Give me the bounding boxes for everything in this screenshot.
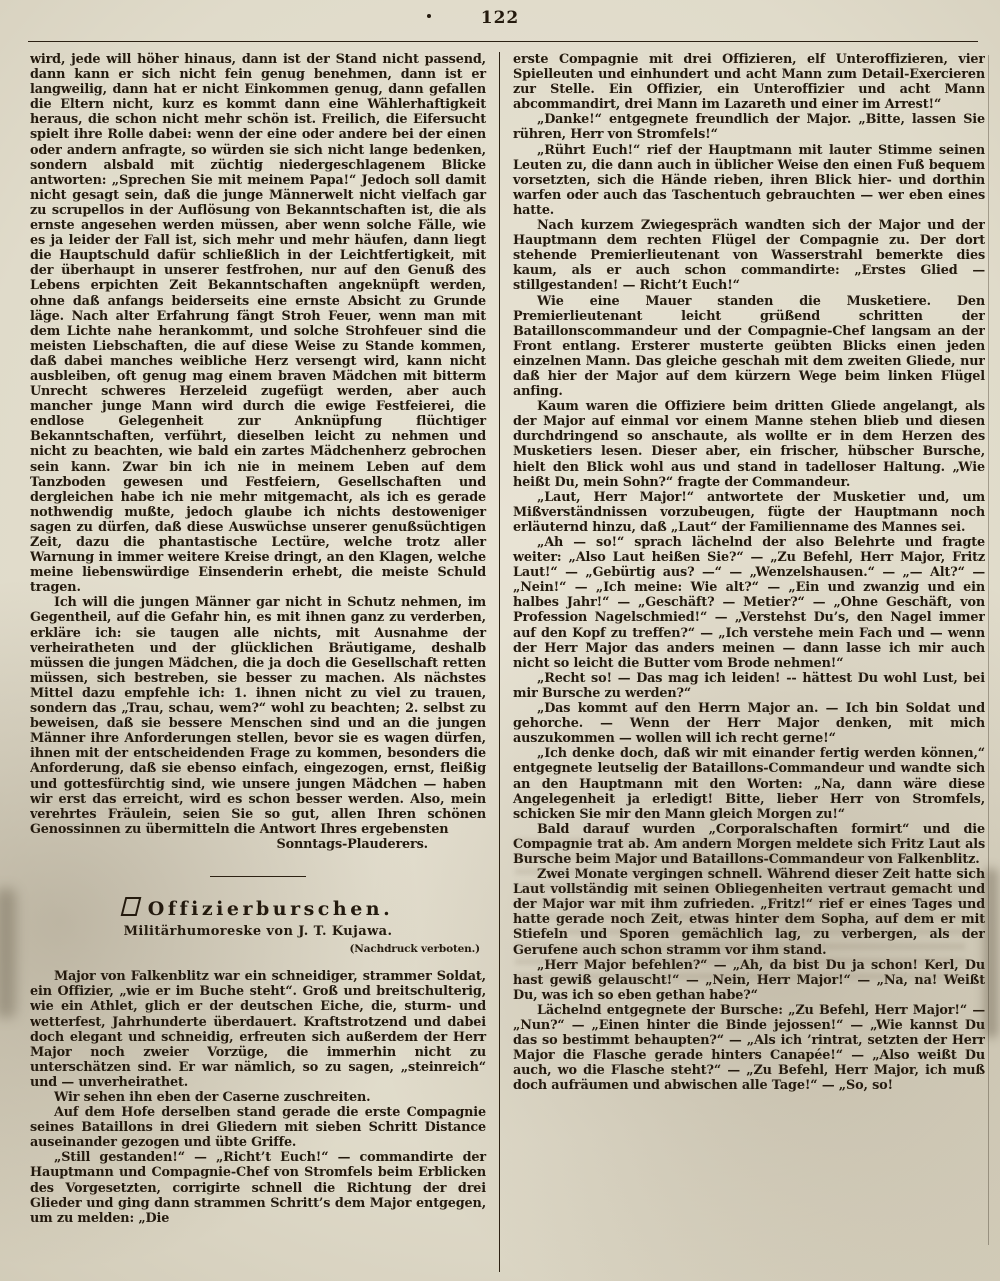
story-paragraph: „Still gestanden!“ — „Richt’t Euch!“ — c…: [30, 1150, 486, 1225]
story-paragraph: „Herr Major befehlen?“ — „Ah, da bist Du…: [513, 958, 985, 1003]
story-paragraph: „Laut, Herr Major!“ antwortete der Muske…: [513, 490, 985, 535]
section-separator-rule: [210, 876, 306, 877]
reprint-notice: (Nachdruck verboten.): [30, 942, 486, 957]
story-paragraph: „Recht so! — Das mag ich leiden! -- hätt…: [513, 671, 985, 701]
text-columns: wird, jede will höher hinaus, dann ist d…: [30, 52, 985, 1272]
scan-smudge: [984, 868, 998, 1038]
story-paragraph: Kaum waren die Offiziere beim dritten Gl…: [513, 399, 985, 490]
story-paragraph: erste Compagnie mit drei Offizieren, elf…: [513, 52, 985, 112]
story-paragraph: Wie eine Mauer standen die Musketiere. D…: [513, 294, 985, 400]
story-paragraph: „Danke!“ entgegnete freundlich der Major…: [513, 112, 985, 142]
page-edge-line: [988, 55, 989, 1245]
story-paragraph: Wir sehen ihn eben der Caserne zuschreit…: [30, 1090, 486, 1105]
story-paragraph: Nach kurzem Zwiegespräch wandten sich de…: [513, 218, 985, 293]
story-subtitle: Militärhumoreske von J. T. Kujawa.: [30, 924, 486, 939]
story-paragraph: Bald darauf wurden „Corporalschaften for…: [513, 822, 985, 867]
story-title-text: Offizierburschen.: [148, 898, 393, 920]
story-paragraph: „Das kommt auf den Herrn Major an. — Ich…: [513, 701, 985, 746]
story-paragraph: Zwei Monate vergingen schnell. Während d…: [513, 867, 985, 958]
story-paragraph: Lächelnd entgegnete der Bursche: „Zu Bef…: [513, 1003, 985, 1094]
header-rule: [28, 41, 978, 42]
story-paragraph: „Ah — so!“ sprach lächelnd der also Bele…: [513, 535, 985, 671]
section-ornament-icon: [120, 897, 141, 916]
right-column: erste Compagnie mit drei Offizieren, elf…: [499, 52, 985, 1272]
scan-smudge: [0, 888, 16, 1018]
plauderer-paragraph: wird, jede will höher hinaus, dann ist d…: [30, 52, 486, 595]
story-paragraph: Major von Falkenblitz war ein schneidige…: [30, 969, 486, 1090]
plauderer-paragraph: Ich will die jungen Männer gar nicht in …: [30, 595, 486, 837]
story-paragraph: „Rührt Euch!“ rief der Hauptmann mit lau…: [513, 143, 985, 218]
left-column: wird, jede will höher hinaus, dann ist d…: [30, 52, 499, 1272]
story-paragraph: „Ich denke doch, daß wir mit einander fe…: [513, 746, 985, 821]
story-title: Offizierburschen.: [30, 897, 486, 917]
page-number: 122: [0, 8, 1000, 28]
story-paragraph: Auf dem Hofe derselben stand gerade die …: [30, 1105, 486, 1150]
newspaper-page: 122 wird, jede will höher hinaus, dann i…: [0, 0, 1000, 1281]
author-signature: Sonntags-Plauderers.: [30, 837, 486, 852]
